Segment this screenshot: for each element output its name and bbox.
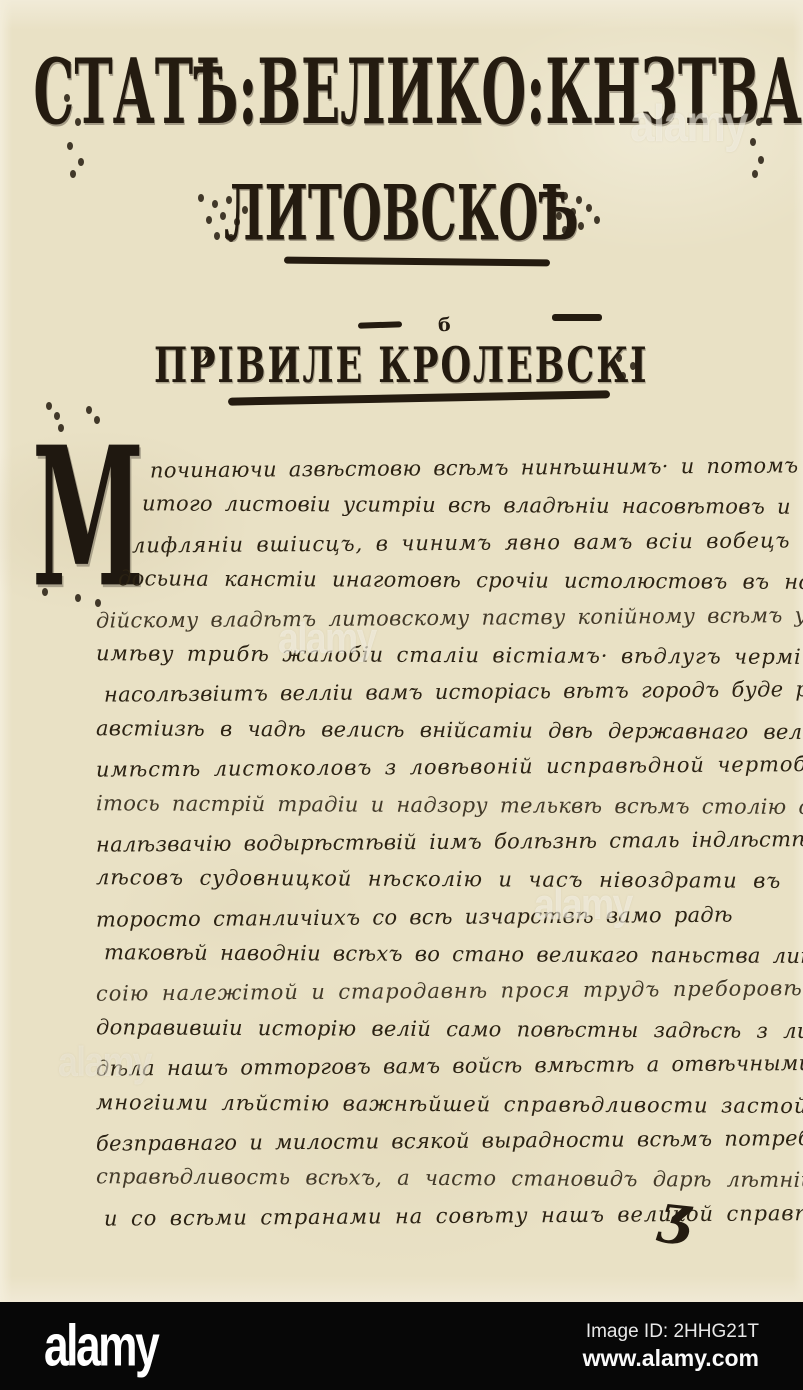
subtitle-titlo-bar-left [358, 321, 402, 329]
manuscript-line: ітось пастрій традіи и надзору тельквѣ в… [96, 785, 772, 826]
website-url: www.alamy.com [583, 1344, 759, 1372]
manuscript-body: починаючи азвѣстовю всѣмъ нинѣшнимъ· и п… [96, 450, 772, 1235]
manuscript-line: дѣла нашъ отторговъ вамъ войсѣ вмѣстѣ а … [96, 1046, 772, 1089]
title-underline [284, 257, 550, 267]
manuscript-line: итого листовіи уситріи всѣ владѣніи насо… [142, 486, 772, 527]
manuscript-line: многіими лѣйстію важнѣйшей справѣдливост… [96, 1084, 772, 1125]
manuscript-line: досьина канстіи инаготовѣ срочіи истолюс… [118, 560, 772, 601]
manuscript-line: соію належітой и стародавнѣ прося трудъ … [96, 971, 772, 1014]
alamy-footer-bar: alamy Image ID: 2HHG21T www.alamy.com [0, 1302, 803, 1390]
manuscript-page: СТАТѢ:ВЕЛИКО:КНЗТВА ЛИТОВСКОѢ ν б ПРІВИЛ… [0, 0, 803, 1302]
subtitle-text: ПРІВИЛЕ КРОЛЕВСКІ [154, 336, 648, 394]
manuscript-line: имѣву трибѣ жалобіи сталіи вістіамъ· вѣд… [96, 635, 772, 676]
manuscript-line: насолѣзвіитъ велліи вамъ исторіась вѣтъ … [104, 672, 772, 715]
manuscript-line: торосто станличіихъ со всѣ изчарствѣ вам… [96, 896, 772, 939]
manuscript-line: таковѣй наводніи всѣхъ во стано великаго… [104, 934, 772, 975]
manuscript-line: починаючи азвѣстовю всѣмъ нинѣшнимъ· и п… [150, 448, 772, 490]
manuscript-line: доправившіи исторію велій само повѣстны … [96, 1009, 772, 1050]
manuscript-line: лифляніи вшіисцъ, в чинимъ явно вамъ всі… [132, 522, 772, 564]
alamy-logo: alamy [44, 1313, 157, 1380]
manuscript-line: налѣзвачію водырѣстѣвій іимъ болѣзнѣ ста… [96, 821, 772, 864]
manuscript-line: лѣсовъ судовницкой нѣсколію и часъ нівоз… [96, 860, 772, 901]
title-line-2: ЛИТОВСКОѢ [0, 170, 803, 231]
manuscript-line: имѣстѣ листоколовъ з ловѣвоній исправѣдн… [96, 746, 772, 789]
title-line-1: СТАТѢ:ВЕЛИКО:КНЗТВА [0, 40, 803, 106]
subtitle: ПРІВИЛЕ КРОЛЕВСКІ [0, 336, 803, 380]
image-id-text: Image ID: 2HHG21T [583, 1320, 759, 1344]
title-line-1-text: СТАТѢ:ВЕЛИКО:КНЗТВА [33, 40, 801, 146]
title-line-2-text: ЛИТОВСКОѢ [224, 170, 578, 258]
subtitle-superscript-letter: б [438, 314, 451, 336]
subtitle-titlo-bar-right [552, 314, 602, 321]
manuscript-line: безправнаго и милости всякой вырадности … [96, 1120, 772, 1163]
footer-info: Image ID: 2HHG21T www.alamy.com [583, 1320, 759, 1372]
stock-photo-page: СТАТѢ:ВЕЛИКО:КНЗТВА ЛИТОВСКОѢ ν б ПРІВИЛ… [0, 0, 803, 1390]
end-flourish: ʒ [657, 1181, 694, 1248]
manuscript-line: австіизѣ в чадѣ велисѣ внійсатіи двѣ дер… [96, 710, 772, 751]
manuscript-line: дійскому владѣтъ литовскому паству копій… [96, 597, 772, 640]
